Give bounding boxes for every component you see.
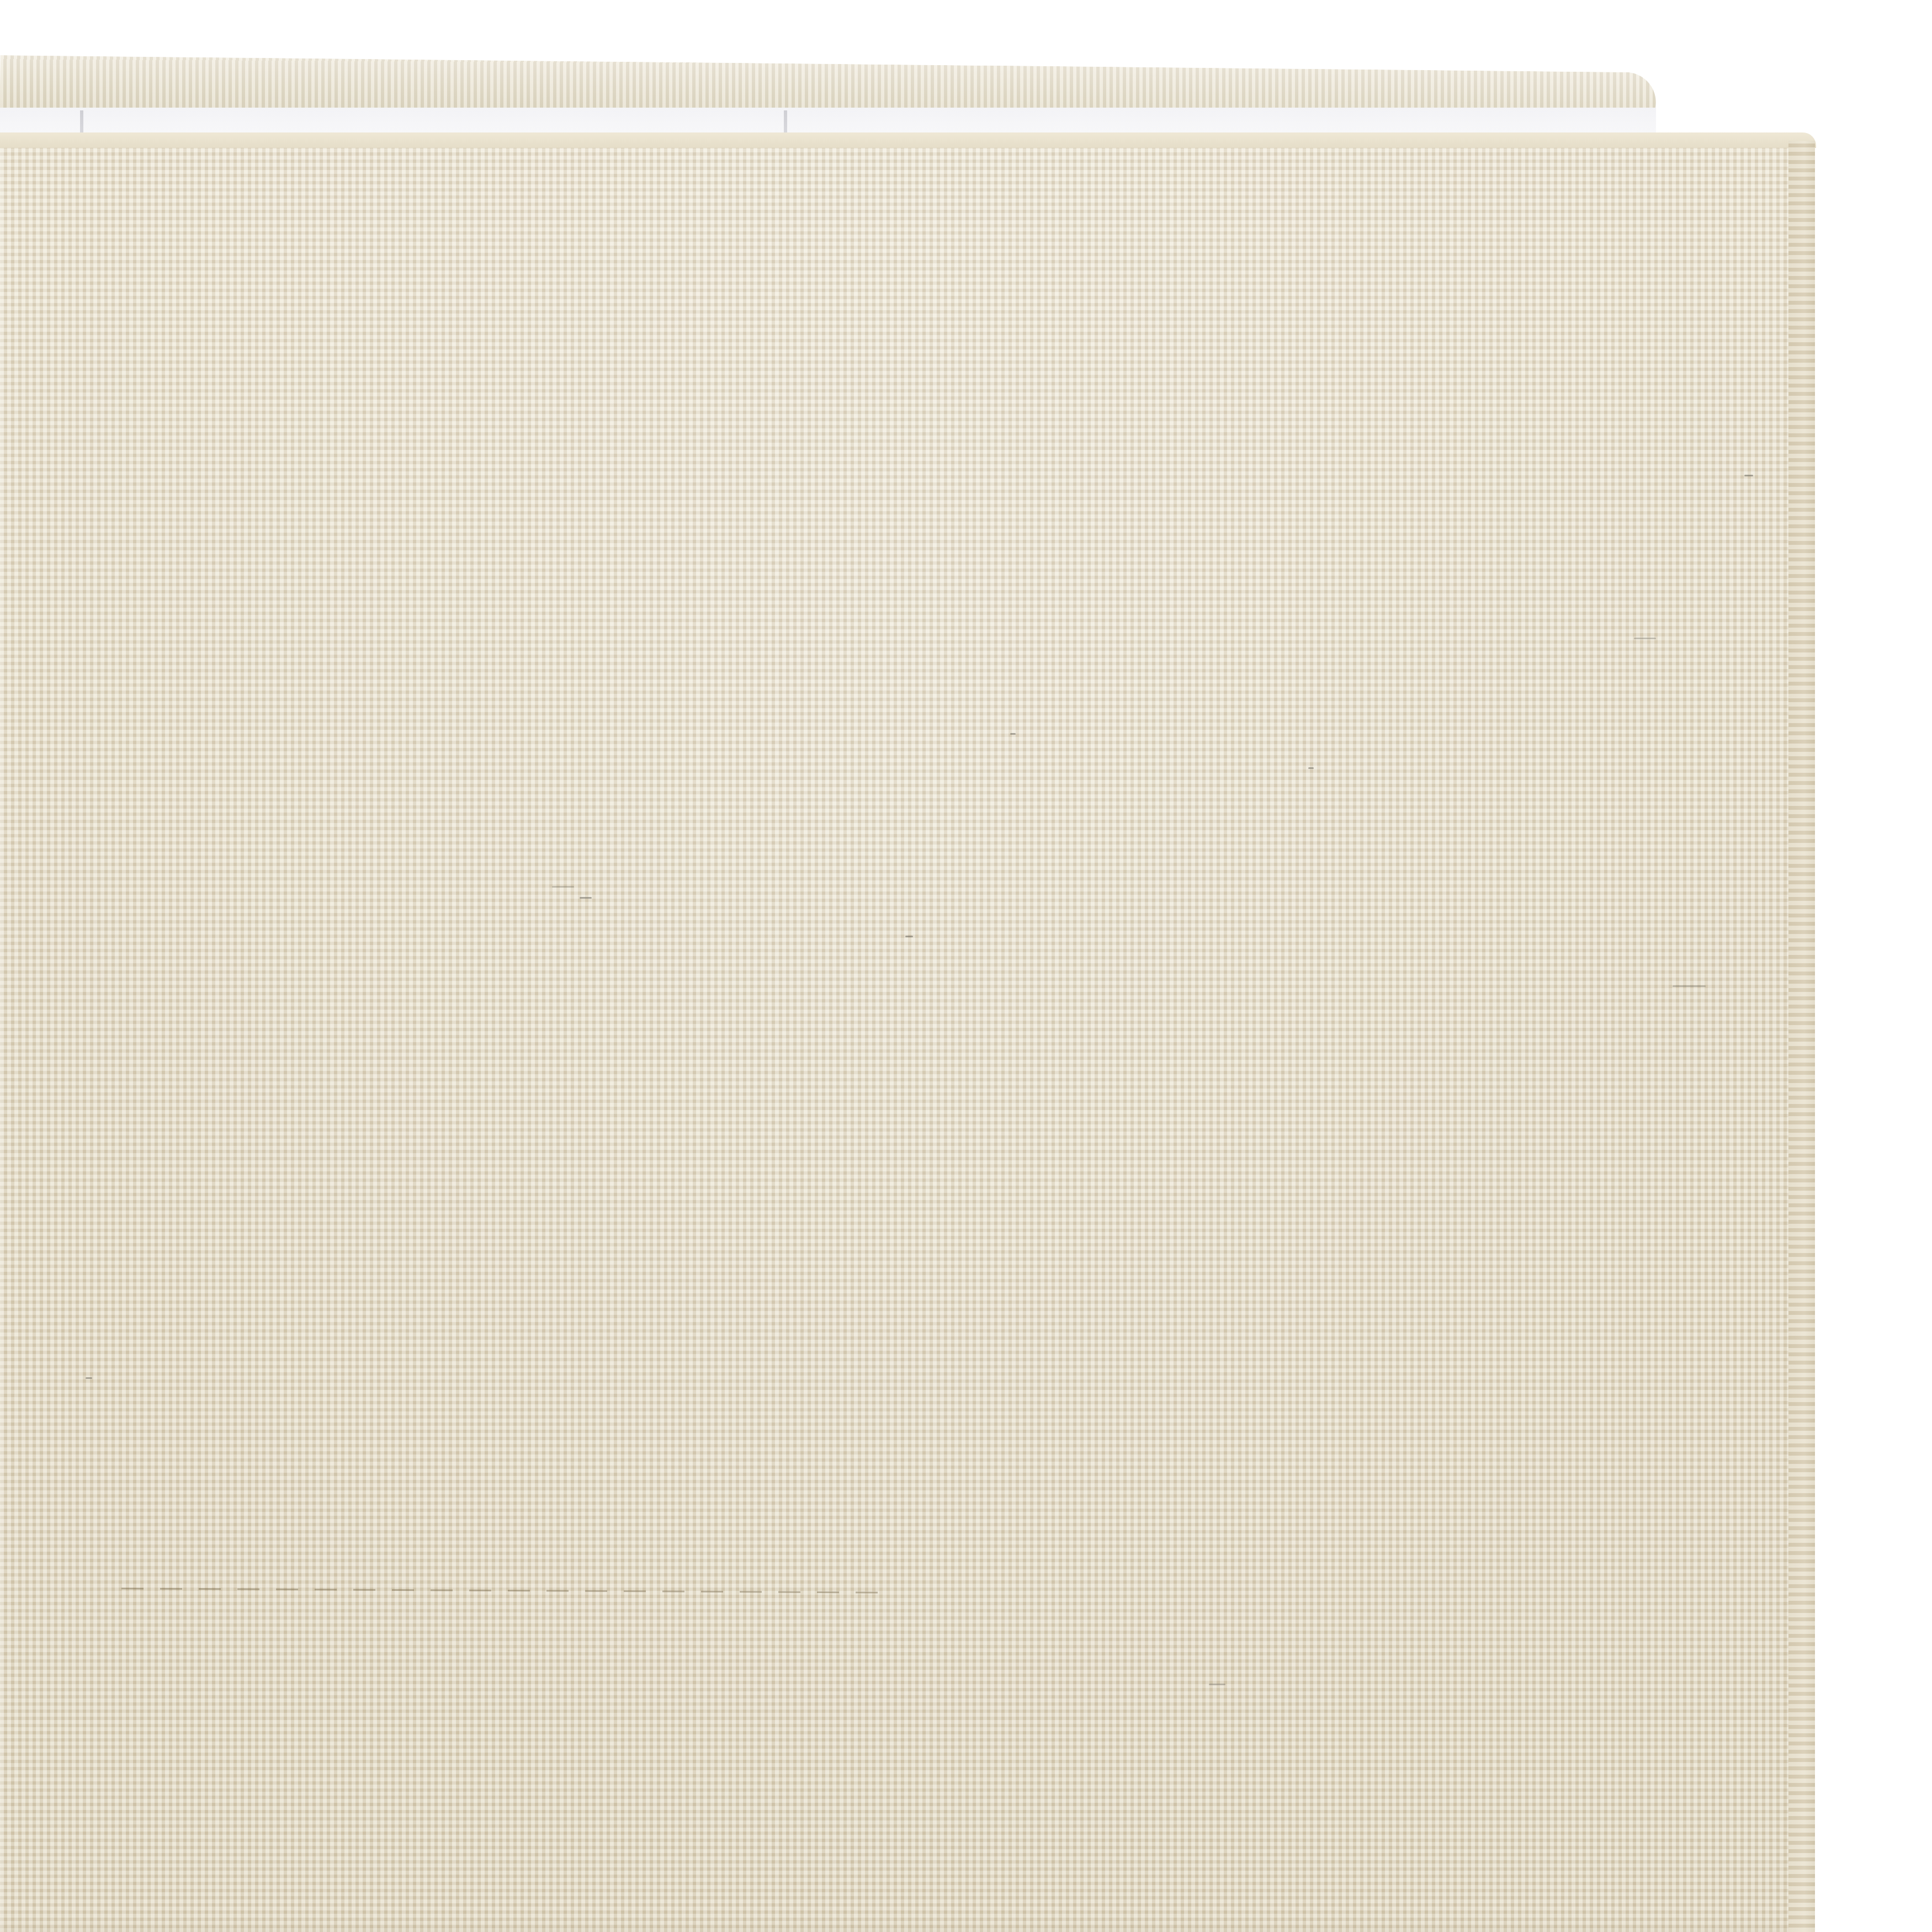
fiber-fleck xyxy=(1744,475,1753,476)
fiber-fleck xyxy=(1209,1684,1225,1685)
fiber-fleck xyxy=(1673,985,1706,987)
lampshade-front-rim xyxy=(0,132,1816,148)
lampshade-side-edge xyxy=(1788,141,1815,1932)
fiber-fleck xyxy=(1010,733,1016,735)
fiber-fleck xyxy=(905,936,913,937)
product-photo xyxy=(0,0,1932,1932)
fiber-fleck xyxy=(1634,638,1656,639)
fiber-fleck xyxy=(580,897,592,899)
fiber-fleck xyxy=(552,886,574,888)
lampshade-fabric-panel xyxy=(0,135,1813,1932)
fiber-fleck xyxy=(1308,767,1314,769)
fiber-fleck xyxy=(86,1377,92,1379)
